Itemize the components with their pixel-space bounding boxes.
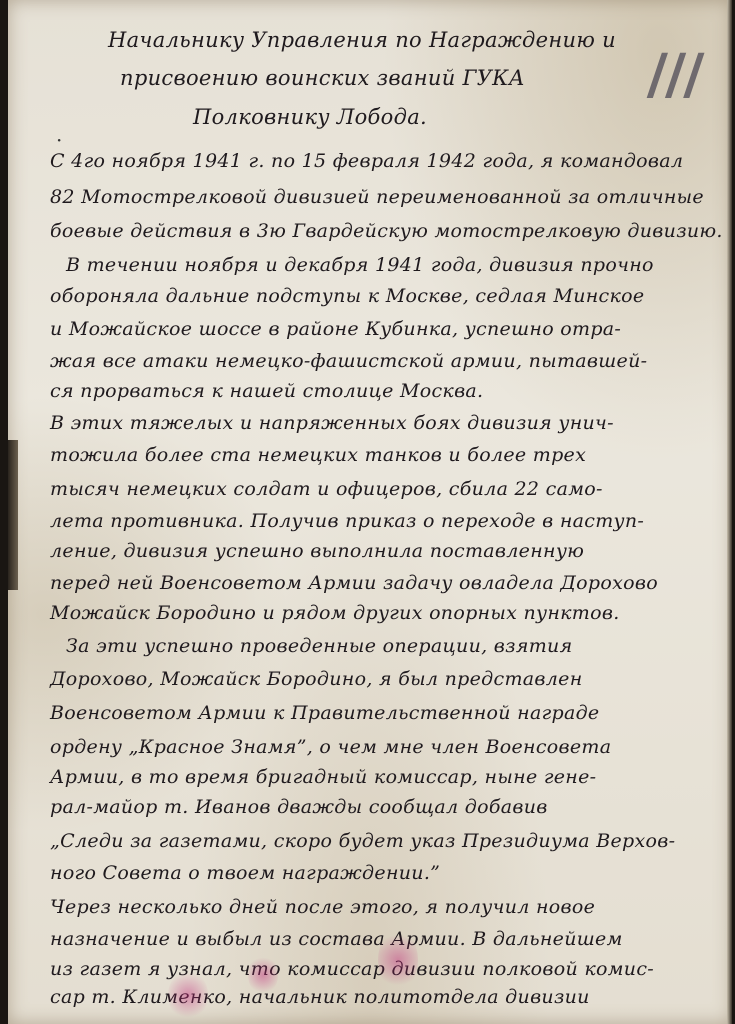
- body-line: назначение и выбыл из состава Армии. В д…: [50, 928, 623, 950]
- body-line: жая все атаки немецко-фашистской армии, …: [50, 350, 647, 372]
- body-line: рал-майор т. Иванов дважды сообщал добав…: [50, 796, 548, 818]
- body-line: ление, дивизия успешно выполнила поставл…: [50, 540, 584, 562]
- body-line: и Можайское шоссе в районе Кубинка, успе…: [50, 318, 621, 340]
- header-line-2: присвоению воинских званий ГУКА: [120, 66, 525, 90]
- header-line-1: Начальнику Управления по Награждению и: [108, 28, 616, 52]
- ink-stain: [378, 930, 418, 990]
- body-line: Армии, в то время бригадный комиссар, ны…: [50, 766, 596, 788]
- ink-stain: [168, 970, 208, 1020]
- body-line: За эти успешно проведенные операции, взя…: [66, 635, 572, 657]
- body-line: С 4го ноября 1941 г. по 15 февраля 1942 …: [50, 150, 683, 172]
- body-line: боевые действия в 3ю Гвардейскую мотостр…: [50, 220, 723, 242]
- page-edge-right: [727, 0, 732, 1024]
- body-line: ордену „Красное Знамя”, о чем мне член В…: [50, 736, 611, 758]
- margin-dot: ·: [56, 128, 62, 152]
- body-line: В этих тяжелых и напряженных боях дивизи…: [50, 412, 614, 434]
- body-line: из газет я узнал, что комиссар дивизии п…: [50, 958, 654, 980]
- body-line: обороняла дальние подступы к Москве, сед…: [50, 285, 644, 307]
- body-line: Через несколько дней после этого, я полу…: [50, 896, 595, 918]
- body-line: 82 Мотострелковой дивизией переименованн…: [50, 186, 704, 208]
- body-line: Дорохово, Можайск Бородино, я был предст…: [50, 668, 583, 690]
- body-line: Можайск Бородино и рядом других опорных …: [50, 602, 620, 624]
- pencil-margin-mark: III: [643, 40, 708, 113]
- page-edge-left: [8, 440, 18, 590]
- body-line: В течении ноября и декабря 1941 года, ди…: [66, 254, 654, 276]
- body-line: перед ней Военсоветом Армии задачу овлад…: [50, 572, 658, 594]
- body-line: ного Совета о твоем награждении.”: [50, 862, 440, 884]
- body-line: тысяч немецких солдат и офицеров, сбила …: [50, 478, 603, 500]
- document-page: III · Начальнику Управления по Награжден…: [8, 0, 732, 1024]
- body-line: сар т. Клименко, начальник политотдела д…: [50, 986, 590, 1008]
- body-line: ся прорваться к нашей столице Москва.: [50, 380, 483, 402]
- body-line: тожила более ста немецких танков и более…: [50, 444, 586, 466]
- body-line: „Следи за газетами, скоро будет указ Пре…: [50, 830, 675, 852]
- body-line: Военсоветом Армии к Правительственной на…: [50, 702, 599, 724]
- ink-stain: [248, 955, 278, 995]
- header-line-3: Полковнику Лобода.: [193, 105, 427, 129]
- body-line: лета противника. Получив приказ о перехо…: [50, 510, 644, 532]
